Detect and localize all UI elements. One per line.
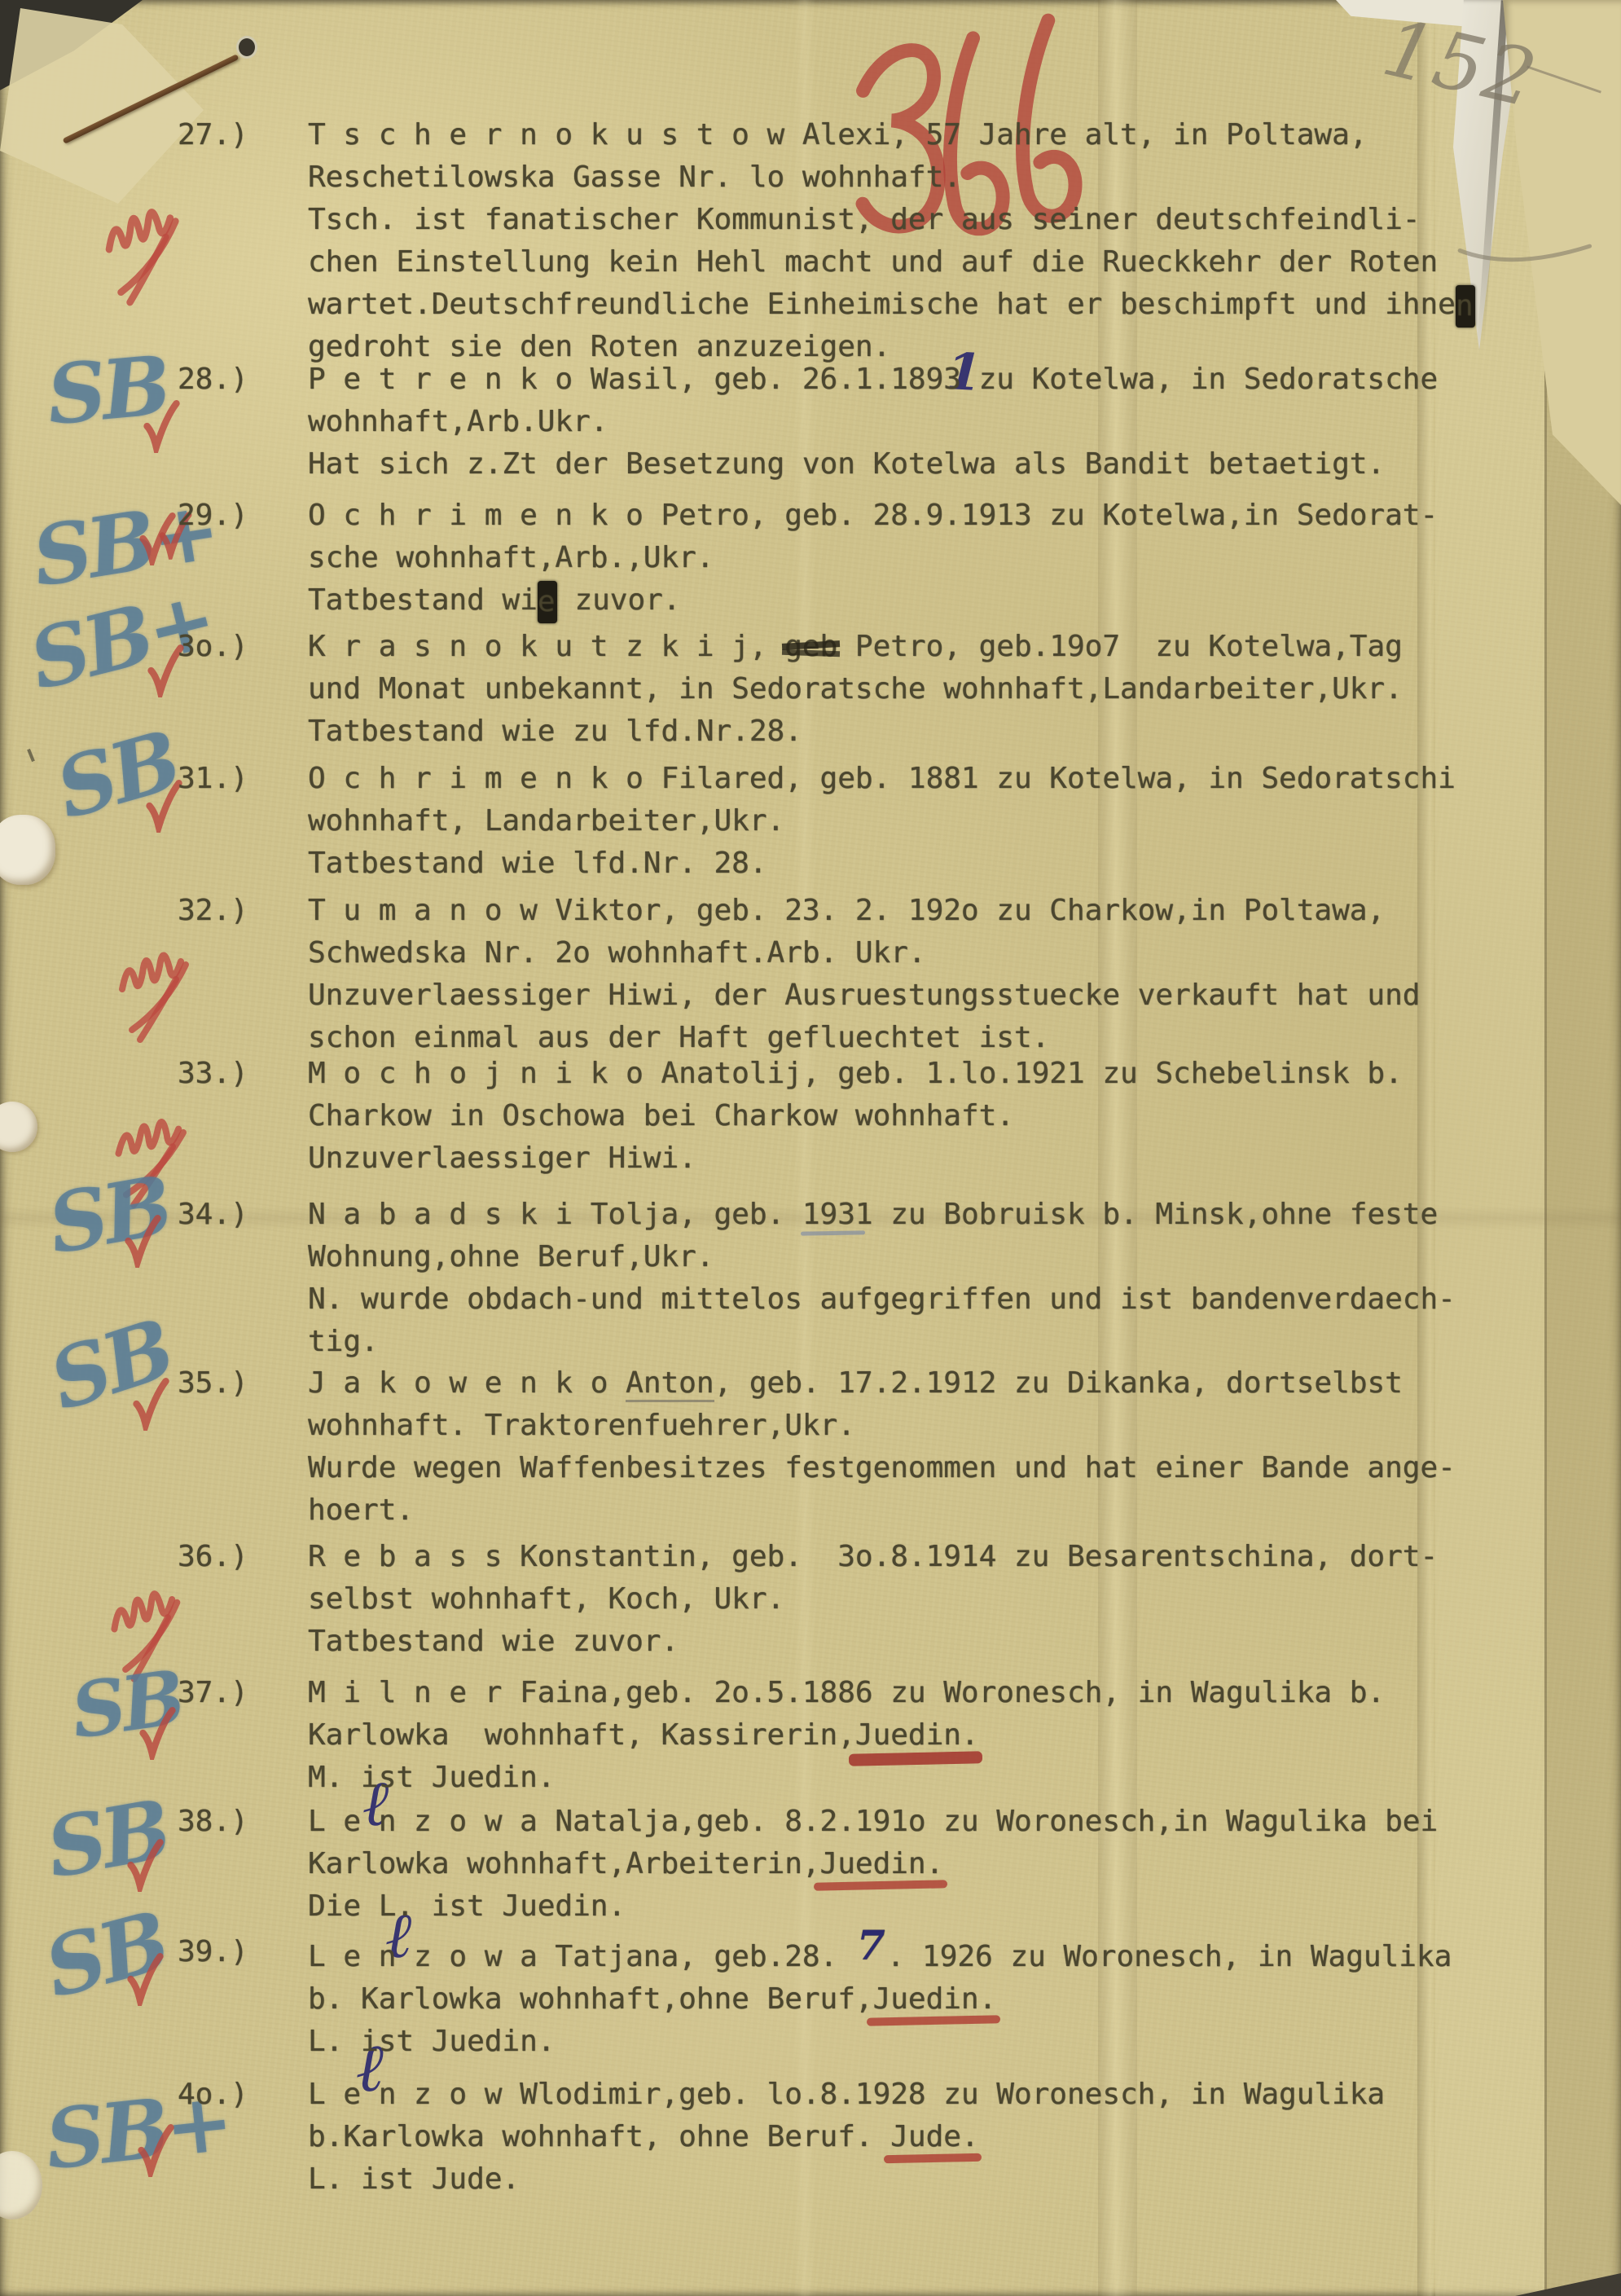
typed-line: M o c h o j n i k o Anatolij, geb. 1.lo.… bbox=[308, 1053, 1473, 1095]
red-checkmark-icon bbox=[124, 1214, 161, 1268]
entry-number: 34.) bbox=[178, 1194, 301, 1236]
entry-number: 31.) bbox=[178, 758, 301, 800]
red-checkmark-icon bbox=[137, 2123, 174, 2177]
entry-number: 32.) bbox=[178, 890, 301, 932]
paper-hole bbox=[0, 1102, 37, 1152]
typed-text: . 1926 zu Woronesch, in Wagulika bbox=[887, 1940, 1452, 1973]
typed-line: und Monat unbekannt, in Sedoratsche wohn… bbox=[308, 668, 1473, 710]
typed-line: K r a s n o k u t z k i j, geb Petro, ge… bbox=[308, 626, 1473, 668]
typed-line: Wohnung,ohne Beruf,Ukr. bbox=[308, 1236, 1473, 1278]
entry-34: 34.) N a b a d s k i Tolja, geb. 1931 zu… bbox=[308, 1194, 1473, 1363]
typed-line: wohnhaft, Landarbeiter,Ukr. bbox=[308, 800, 1473, 842]
entry-number: 36.) bbox=[178, 1536, 301, 1578]
entry-number: 28.) bbox=[178, 358, 301, 401]
typed-text: N a b a d s k i Tolja, geb. bbox=[308, 1198, 802, 1231]
typed-line: Unzuverlaessiger Hiwi, der Ausruestungss… bbox=[308, 974, 1473, 1017]
entry-number: 37.) bbox=[178, 1672, 301, 1714]
paper-nick bbox=[27, 749, 35, 762]
typed-text: zuvor. bbox=[557, 583, 681, 617]
document-page: 152 SB SB+ SB+ SB SB S bbox=[0, 0, 1621, 2296]
typed-line: J a k o w e n k o Anton, geb. 17.2.1912 … bbox=[308, 1362, 1473, 1405]
entry-31: 31.) O c h r i m e n k o Filared, geb. 1… bbox=[308, 758, 1473, 885]
entry-29: 29.) O c h r i m e n k o Petro, geb. 28.… bbox=[308, 495, 1473, 622]
ink-blot: e bbox=[538, 581, 557, 623]
entry-39: 39.) L e n z o w a Tatjana, geb.28. 7. 1… bbox=[308, 1931, 1473, 2063]
entry-number: 33.) bbox=[178, 1053, 301, 1095]
entry-number: 3o.) bbox=[178, 626, 301, 668]
entry-number: 29.) bbox=[178, 495, 301, 537]
typed-line: L. ist Juedin. bbox=[308, 2021, 1473, 2063]
typed-line: tig. bbox=[308, 1321, 1473, 1363]
typed-line: selbst wohnhaft, Koch, Ukr. bbox=[308, 1578, 1473, 1621]
typed-line: T u m a n o w Viktor, geb. 23. 2. 192o z… bbox=[308, 890, 1473, 932]
typed-text: b. Karlowka wohnhaft,ohne Beruf, bbox=[308, 1982, 873, 2016]
red-checkmark-icon bbox=[138, 1706, 176, 1760]
entry-40: 4o.) L e n z o w Wlodimir,geb. lo.8.1928… bbox=[308, 2074, 1473, 2201]
typed-line: P e t r e n k o Wasil, geb. 26.1.1893 zu… bbox=[308, 358, 1473, 401]
typed-line: chen Einstellung kein Hehl macht und auf… bbox=[308, 241, 1473, 284]
typed-line: Karlowka wohnhaft,Arbeiterin,Juedin. bbox=[308, 1843, 1473, 1885]
entry-30: 3o.) K r a s n o k u t z k i j, geb Petr… bbox=[308, 626, 1473, 753]
typed-line: L e n z o w a Natalja,geb. 8.2.191o zu W… bbox=[308, 1801, 1473, 1843]
typed-text: Karlowka wohnhaft,Arbeiterin, bbox=[308, 1847, 820, 1880]
typed-text: b.Karlowka wohnhaft, ohne Beruf. bbox=[308, 2120, 890, 2153]
ink-correction-month: 7 bbox=[857, 1921, 885, 1969]
red-underlined-text: Jude. bbox=[890, 2120, 978, 2153]
red-checkmark-icon bbox=[126, 1838, 164, 1892]
paper-hole bbox=[0, 2151, 42, 2219]
typed-line: wartet.Deutschfreundliche Einheimische h… bbox=[308, 284, 1473, 326]
typed-line: N a b a d s k i Tolja, geb. 1931 zu Bobr… bbox=[308, 1194, 1473, 1236]
red-underlined-text: Juedin. bbox=[873, 1982, 997, 2016]
typed-text: Karlowka wohnhaft, Kassirerin, bbox=[308, 1718, 855, 1752]
entry-32: 32.) T u m a n o w Viktor, geb. 23. 2. 1… bbox=[308, 890, 1473, 1059]
typed-line: N. wurde obdach-und mittelos aufgegriffe… bbox=[308, 1278, 1473, 1321]
entry-38: 38.) L e n z o w a Natalja,geb. 8.2.191o… bbox=[308, 1801, 1473, 1928]
red-underlined-text: Juedin. bbox=[820, 1847, 944, 1880]
entry-27: 27.) T s c h e r n o k u s t o w Alexi, … bbox=[308, 114, 1473, 368]
entry-number: 39.) bbox=[178, 1931, 301, 1973]
typed-line: Unzuverlaessiger Hiwi. bbox=[308, 1137, 1473, 1180]
entry-number: 4o.) bbox=[178, 2074, 301, 2116]
paper-hole bbox=[0, 815, 55, 885]
typed-line: Wurde wegen Waffenbesitzes festgenommen … bbox=[308, 1447, 1473, 1489]
typed-line: Tsch. ist fanatischer Kommunist, der aus… bbox=[308, 199, 1473, 241]
typed-line: L e n z o w Wlodimir,geb. lo.8.1928 zu W… bbox=[308, 2074, 1473, 2116]
pencil-underlined-text: Anton bbox=[626, 1366, 714, 1400]
typed-line: Tatbestand wie zuvor. bbox=[308, 579, 1473, 622]
pin-hole bbox=[236, 36, 257, 59]
typed-text: wartet.Deutschfreundliche Einheimische h… bbox=[308, 288, 1456, 321]
typed-line: wohnhaft,Arb.Ukr. bbox=[308, 401, 1473, 443]
struck-text: geb bbox=[784, 630, 837, 663]
typed-text: Petro, geb.19o7 zu Kotelwa,Tag bbox=[837, 630, 1403, 663]
entry-28: 28.) P e t r e n k o Wasil, geb. 26.1.18… bbox=[308, 358, 1473, 486]
typed-line: Karlowka wohnhaft, Kassirerin,Juedin. bbox=[308, 1714, 1473, 1757]
typed-text: zu Bobruisk b. Minsk,ohne feste bbox=[873, 1198, 1439, 1231]
typed-line: R e b a s s Konstantin, geb. 3o.8.1914 z… bbox=[308, 1536, 1473, 1578]
typed-line: Die L. ist Juedin. bbox=[308, 1885, 1473, 1928]
blue-underlined-text: 1931 bbox=[802, 1198, 873, 1231]
typed-line: b. Karlowka wohnhaft,ohne Beruf,Juedin. bbox=[308, 1978, 1473, 2021]
typed-line: T s c h e r n o k u s t o w Alexi, 57 Ja… bbox=[308, 114, 1473, 156]
typed-line: Hat sich z.Zt der Besetzung von Kotelwa … bbox=[308, 443, 1473, 486]
typed-line: Tatbestand wie zuvor. bbox=[308, 1621, 1473, 1663]
red-checkmark-icon bbox=[143, 399, 180, 453]
typed-line: sche wohnhaft,Arb.,Ukr. bbox=[308, 537, 1473, 579]
scanned-document: 152 SB SB+ SB+ SB SB S bbox=[0, 0, 1621, 2296]
red-underlined-text: Juedin. bbox=[855, 1718, 979, 1752]
typed-line: Reschetilowska Gasse Nr. lo wohnhaft. bbox=[308, 156, 1473, 199]
typed-text: J a k o w e n k o bbox=[308, 1366, 626, 1400]
typed-line: Charkow in Oschowa bei Charkow wohnhaft. bbox=[308, 1095, 1473, 1137]
red-scribble-mark bbox=[99, 164, 191, 314]
red-checkmark-icon bbox=[132, 1377, 169, 1431]
typed-line: M i l n e r Faina,geb. 2o.5.1886 zu Woro… bbox=[308, 1672, 1473, 1714]
entry-number: 38.) bbox=[178, 1801, 301, 1843]
typed-line: O c h r i m e n k o Filared, geb. 1881 z… bbox=[308, 758, 1473, 800]
typed-line: Tatbestand wie lfd.Nr. 28. bbox=[308, 842, 1473, 885]
entry-number: 27.) bbox=[178, 114, 301, 156]
typed-line: Schwedska Nr. 2o wohnhaft.Arb. Ukr. bbox=[308, 932, 1473, 974]
typed-line: b.Karlowka wohnhaft, ohne Beruf. Jude. bbox=[308, 2116, 1473, 2158]
typed-line: hoert. bbox=[308, 1489, 1473, 1532]
ink-blot: n bbox=[1456, 285, 1475, 328]
typed-text: Tatbestand wi bbox=[308, 583, 538, 617]
typed-text: L e n z o w a Tatjana, geb.28. bbox=[308, 1940, 855, 1973]
typed-line: Tatbestand wie zu lfd.Nr.28. bbox=[308, 710, 1473, 753]
entry-33: 33.) M o c h o j n i k o Anatolij, geb. … bbox=[308, 1053, 1473, 1180]
typed-line: L. ist Jude. bbox=[308, 2158, 1473, 2201]
typed-line: wohnhaft. Traktorenfuehrer,Ukr. bbox=[308, 1405, 1473, 1447]
typed-text: , geb. 17.2.1912 zu Dikanka, dortselbst bbox=[714, 1366, 1403, 1400]
entry-number: 35.) bbox=[178, 1362, 301, 1405]
entry-36: 36.) R e b a s s Konstantin, geb. 3o.8.1… bbox=[308, 1536, 1473, 1663]
typed-line: L e n z o w a Tatjana, geb.28. 7. 1926 z… bbox=[308, 1931, 1473, 1978]
entry-37: 37.) M i l n e r Faina,geb. 2o.5.1886 zu… bbox=[308, 1672, 1473, 1799]
entry-35: 35.) J a k o w e n k o Anton, geb. 17.2.… bbox=[308, 1362, 1473, 1532]
typed-text: K r a s n o k u t z k i j, bbox=[308, 630, 784, 663]
typed-line: O c h r i m e n k o Petro, geb. 28.9.191… bbox=[308, 495, 1473, 537]
red-checkmark-icon bbox=[126, 1952, 164, 2006]
